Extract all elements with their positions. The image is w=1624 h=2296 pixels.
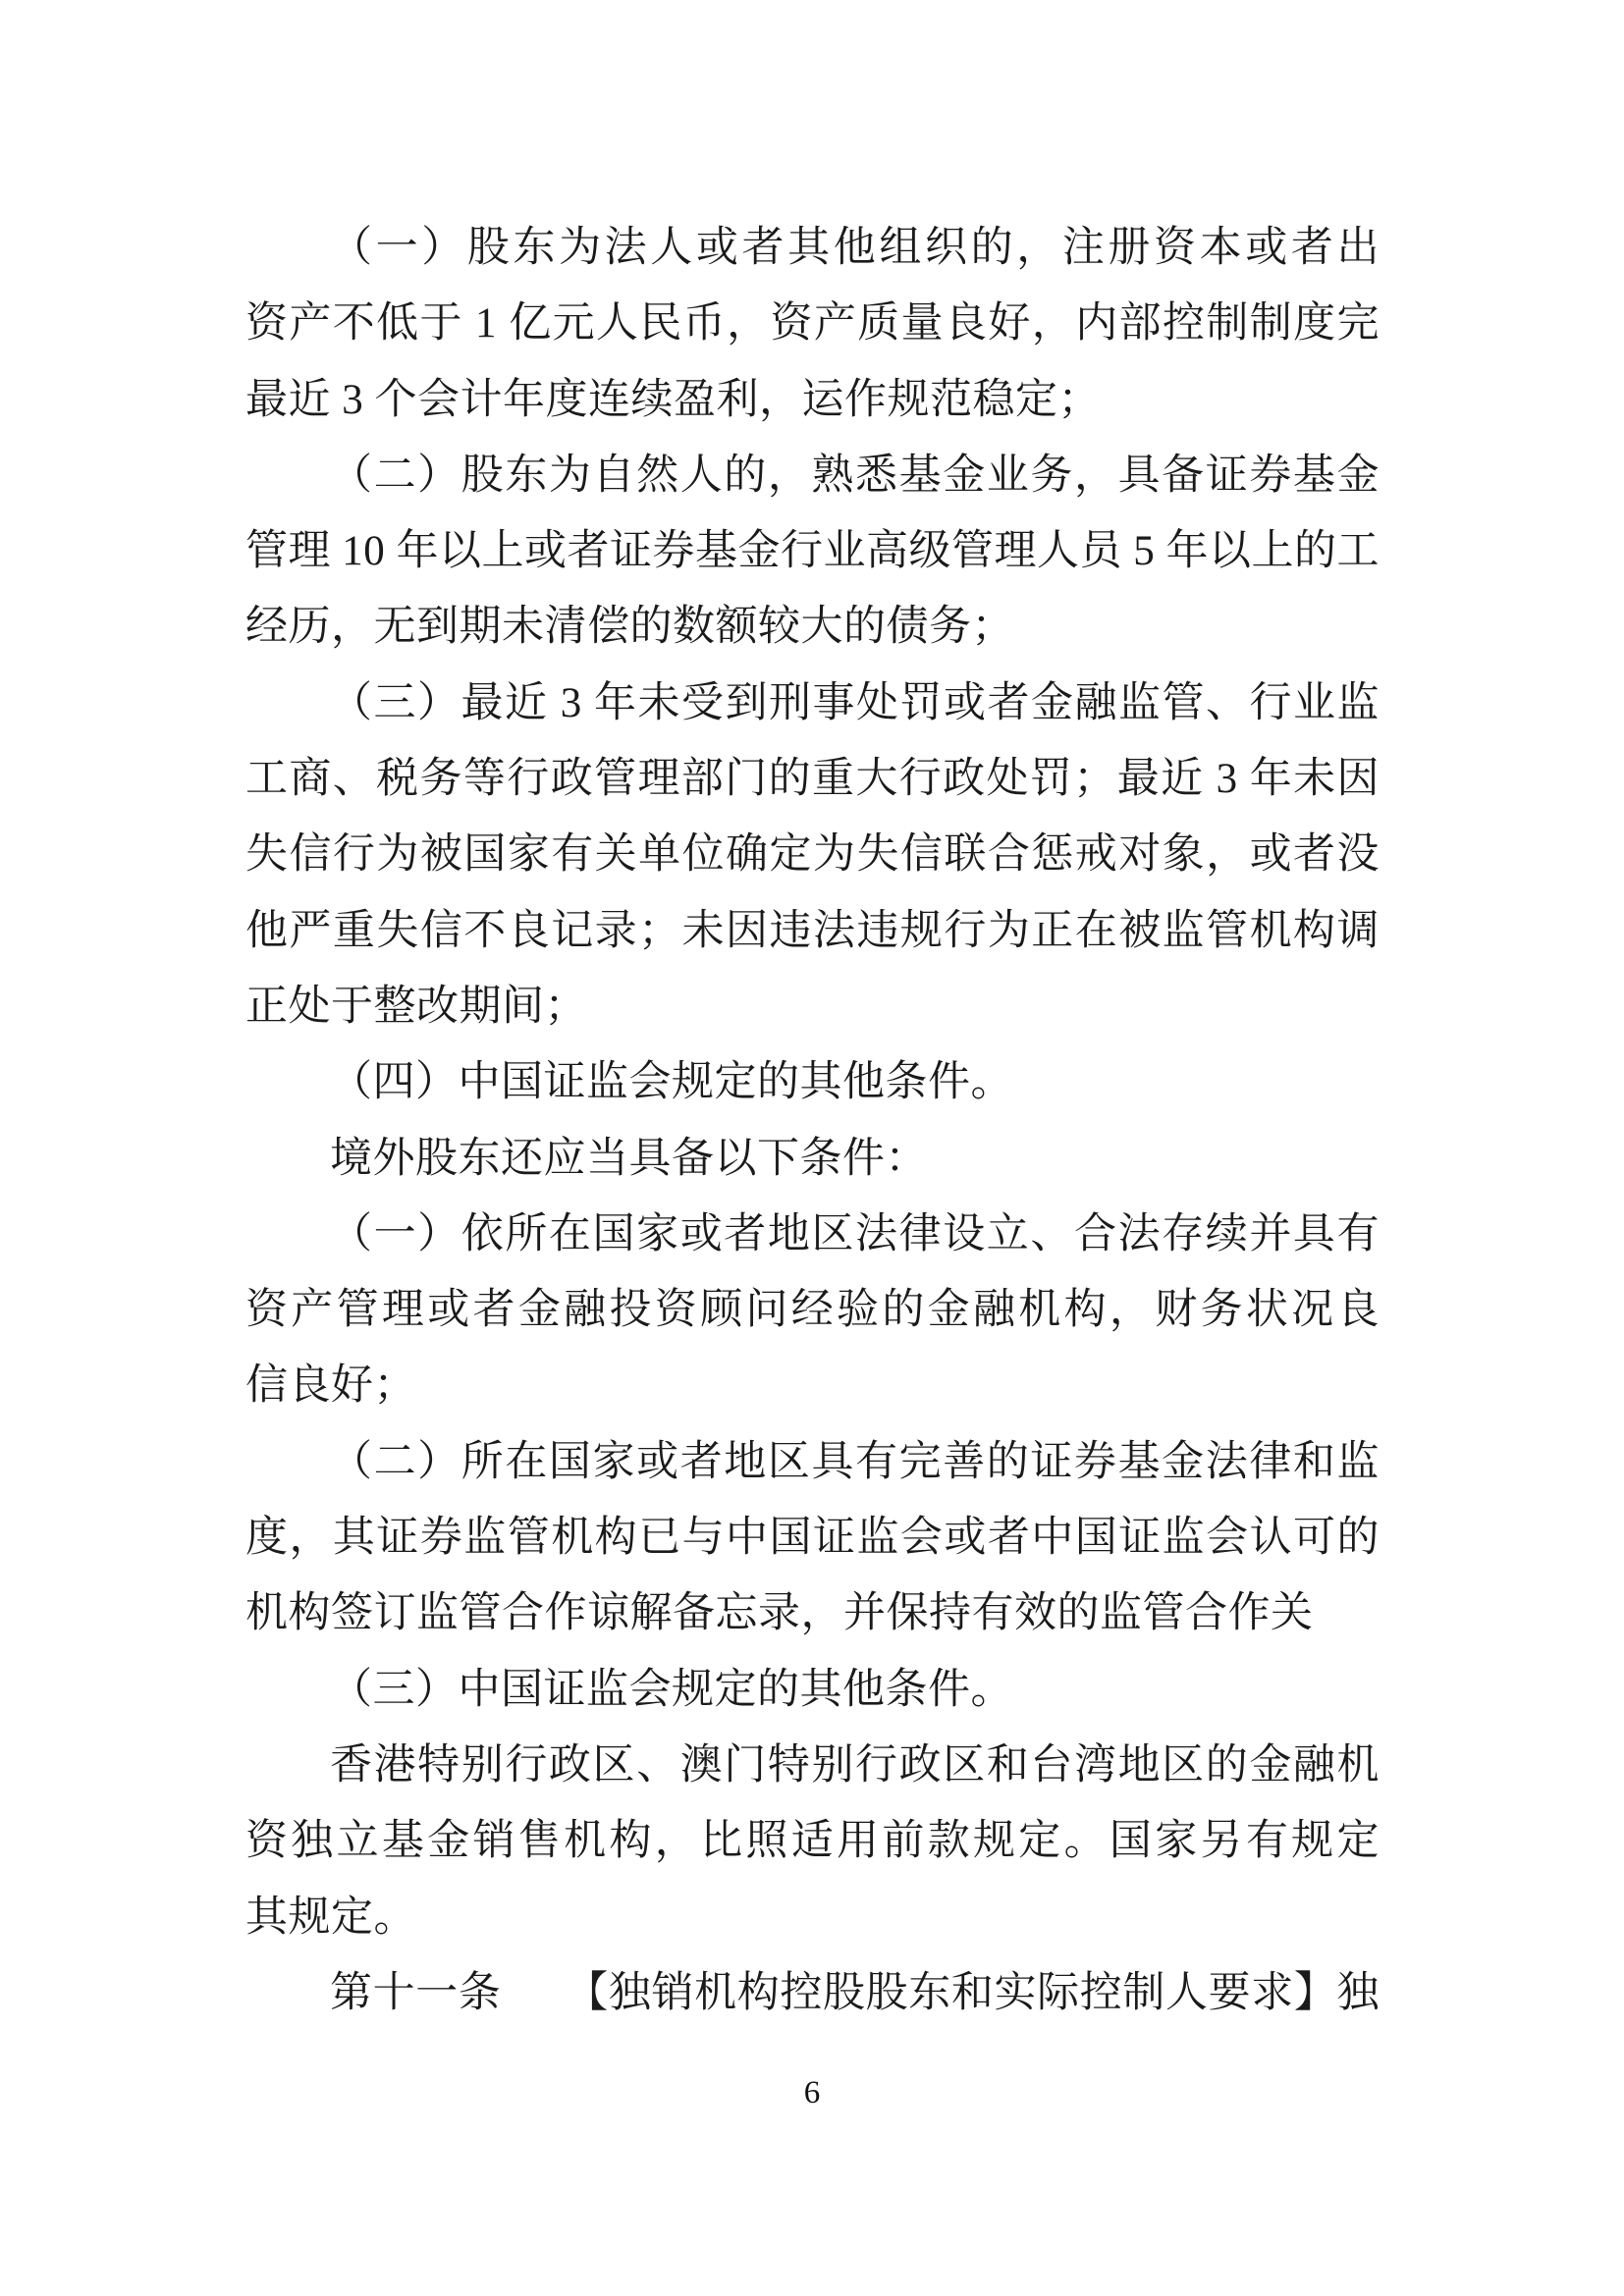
text-line: 度，其证券监管机构已与中国证监会或者中国证监会认可的其他 [245,1500,1380,1575]
text-line: 其规定。 [245,1880,1380,1955]
text-line: （三）最近 3 年未受到刑事处罚或者金融监管、行业监管、 [245,666,1380,741]
text-line: 正处于整改期间； [245,969,1380,1044]
text-line: 信良好； [245,1348,1380,1423]
text-line: 最近 3 个会计年度连续盈利，运作规范稳定； [245,362,1380,438]
text-line: （二）所在国家或者地区具有完善的证券基金法律和监管制 [245,1424,1380,1500]
text-line: 资产管理或者金融投资顾问经验的金融机构，财务状况良好，资 [245,1272,1380,1348]
text-line: 失信行为被国家有关单位确定为失信联合惩戒对象，或者没有其 [245,817,1380,892]
text-line: 管理 10 年以上或者证券基金行业高级管理人员 5 年以上的工作 [245,513,1380,589]
text-line: 资产不低于 1 亿元人民币，资产质量良好，内部控制制度完善； [245,286,1380,361]
text-line: 资独立基金销售机构，比照适用前款规定。国家另有规定的，从 [245,1803,1380,1879]
text-line: 他严重失信不良记录；未因违法违规行为正在被监管机构调查或 [245,893,1380,969]
text-line: 香港特别行政区、澳门特别行政区和台湾地区的金融机构投 [245,1728,1380,1803]
body-text: （一）股东为法人或者其他组织的，注册资本或者出资、净 资产不低于 1 亿元人民币… [245,210,1380,2031]
document-page: （一）股东为法人或者其他组织的，注册资本或者出资、净 资产不低于 1 亿元人民币… [0,0,1624,2296]
text-line: 境外股东还应当具备以下条件： [245,1121,1380,1197]
text-line: 工商、税务等行政管理部门的重大行政处罚；最近 3 年未因严重 [245,741,1380,817]
text-line: （三）中国证监会规定的其他条件。 [245,1652,1380,1728]
page-number: 6 [0,2073,1624,2112]
text-line: 经历，无到期未清偿的数额较大的债务； [245,589,1380,665]
text-line: （一）依所在国家或者地区法律设立、合法存续并具有金融 [245,1197,1380,1272]
text-line: （四）中国证监会规定的其他条件。 [245,1044,1380,1120]
text-line: （一）股东为法人或者其他组织的，注册资本或者出资、净 [245,210,1380,286]
text-line: （二）股东为自然人的，熟悉基金业务，具备证券基金部门 [245,438,1380,513]
text-line: 第十一条 【独销机构控股股东和实际控制人要求】独立基 [245,1955,1380,2031]
text-line: 机构签订监管合作谅解备忘录，并保持有效的监管合作关系； [245,1575,1380,1651]
